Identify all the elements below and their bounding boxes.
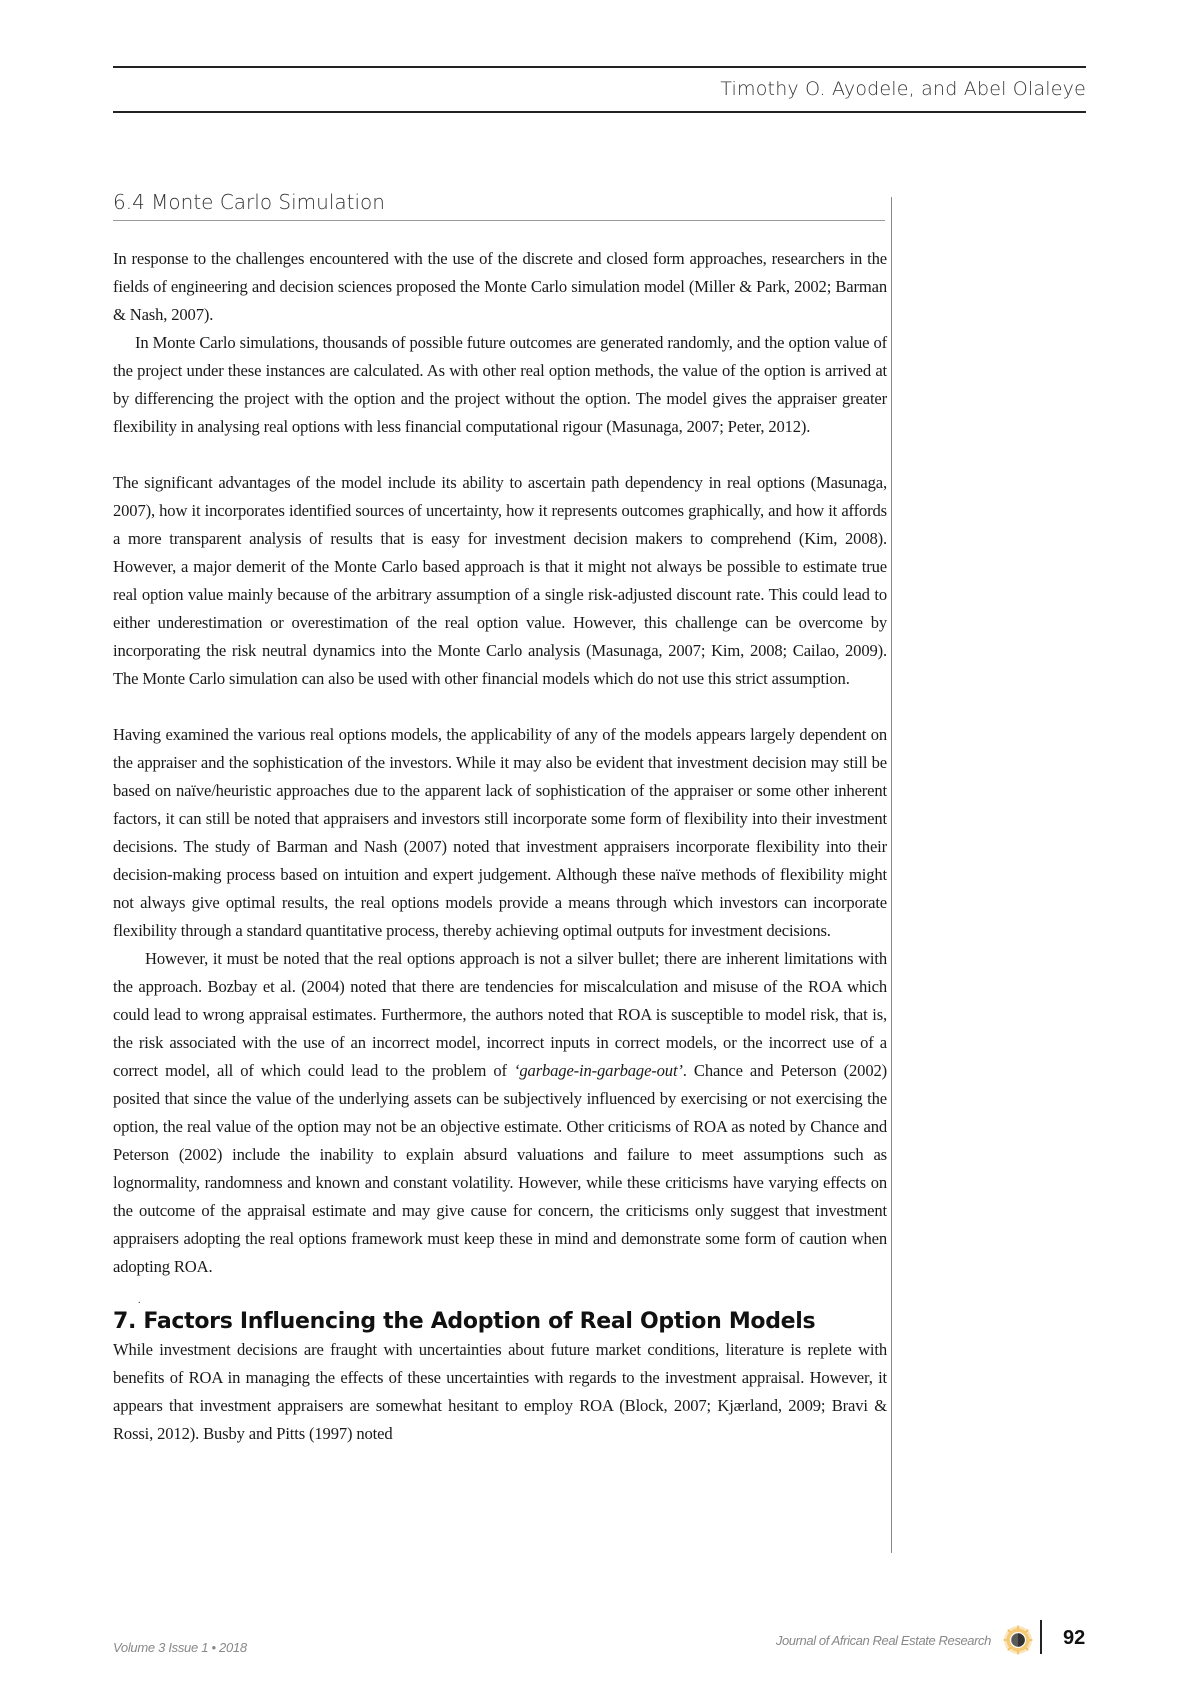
- footer-journal-name: Journal of African Real Estate Research: [776, 1633, 991, 1648]
- running-head-top-rule: [113, 66, 1086, 68]
- section-heading-6-4: 6.4 Monte Carlo Simulation: [113, 190, 885, 221]
- footer-divider: [1040, 1620, 1042, 1654]
- running-head-bottom-rule: [113, 111, 1086, 113]
- running-head-authors: Timothy O. Ayodele, and Abel Olaleye: [720, 78, 1086, 100]
- page-number: 92: [1063, 1627, 1085, 1650]
- paragraph-limitations: However, it must be noted that the real …: [113, 945, 887, 1281]
- italic-phrase: ‘garbage-in-garbage-out’: [514, 1061, 683, 1080]
- paragraph-text: . Chance and Peterson (2002) posited tha…: [113, 1061, 887, 1276]
- paragraph: While investment decisions are fraught w…: [113, 1336, 887, 1448]
- article-body: 6.4 Monte Carlo Simulation In response t…: [113, 190, 887, 1448]
- paragraph: The significant advantages of the model …: [113, 469, 887, 693]
- section-heading-7: 7. Factors Influencing the Adoption of R…: [113, 1309, 887, 1334]
- jarer-sun-logo-icon: [1003, 1625, 1033, 1655]
- footer-volume-issue: Volume 3 Issue 1 • 2018: [113, 1640, 247, 1655]
- paragraph: In response to the challenges encountere…: [113, 245, 887, 329]
- paragraph: Having examined the various real options…: [113, 721, 887, 945]
- paragraph: In Monte Carlo simulations, thousands of…: [113, 329, 887, 441]
- stray-mark: .: [113, 1281, 887, 1309]
- column-side-rule: [891, 197, 892, 1553]
